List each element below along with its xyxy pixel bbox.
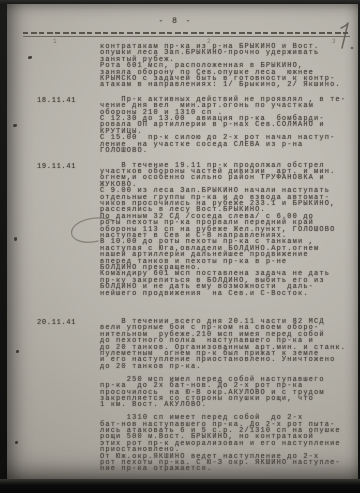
entry-text: В течение 19.11 пр-к продолжал обстрел у…	[100, 163, 358, 298]
diary-entry-1941-11-20: 20.11.41 В течении всего дня 20.11 части…	[7, 319, 358, 473]
scan-background: - 8 - 1 2 3 контратакам пр-ка из р-на БР…	[0, 0, 360, 493]
document-page: - 8 - 1 2 3 контратакам пр-ка из р-на БР…	[7, 4, 358, 479]
page-number: - 8 -	[7, 17, 344, 26]
entry-date: 18.11.41	[7, 97, 100, 105]
entry-text: контратакам пр-ка из р-на БРЫКИНО и Вост…	[100, 44, 358, 89]
diary-entry-1941-11-18: 18.11.41 Пр-к активных действий не прояв…	[7, 97, 358, 155]
war-diary-entries: контратакам пр-ка из р-на БРЫКИНО и Вост…	[7, 44, 358, 473]
scan-bottom-edge	[0, 479, 360, 493]
diary-entry-continuation: контратакам пр-ка из р-на БРЫКИНО и Вост…	[7, 44, 358, 89]
entry-date: 20.11.41	[7, 319, 100, 327]
entry-text: В течении всего дня 20.11 части 82 МСД в…	[100, 319, 358, 473]
entry-date: 19.11.41	[7, 163, 100, 171]
dashed-rule	[23, 32, 350, 34]
entry-text: Пр-к активных действий не проявлял , в т…	[100, 97, 358, 155]
diary-entry-1941-11-19: 19.11.41 В течение 19.11 пр-к продолжал …	[7, 163, 358, 298]
solid-rule	[23, 36, 350, 37]
header-divider	[23, 32, 350, 37]
